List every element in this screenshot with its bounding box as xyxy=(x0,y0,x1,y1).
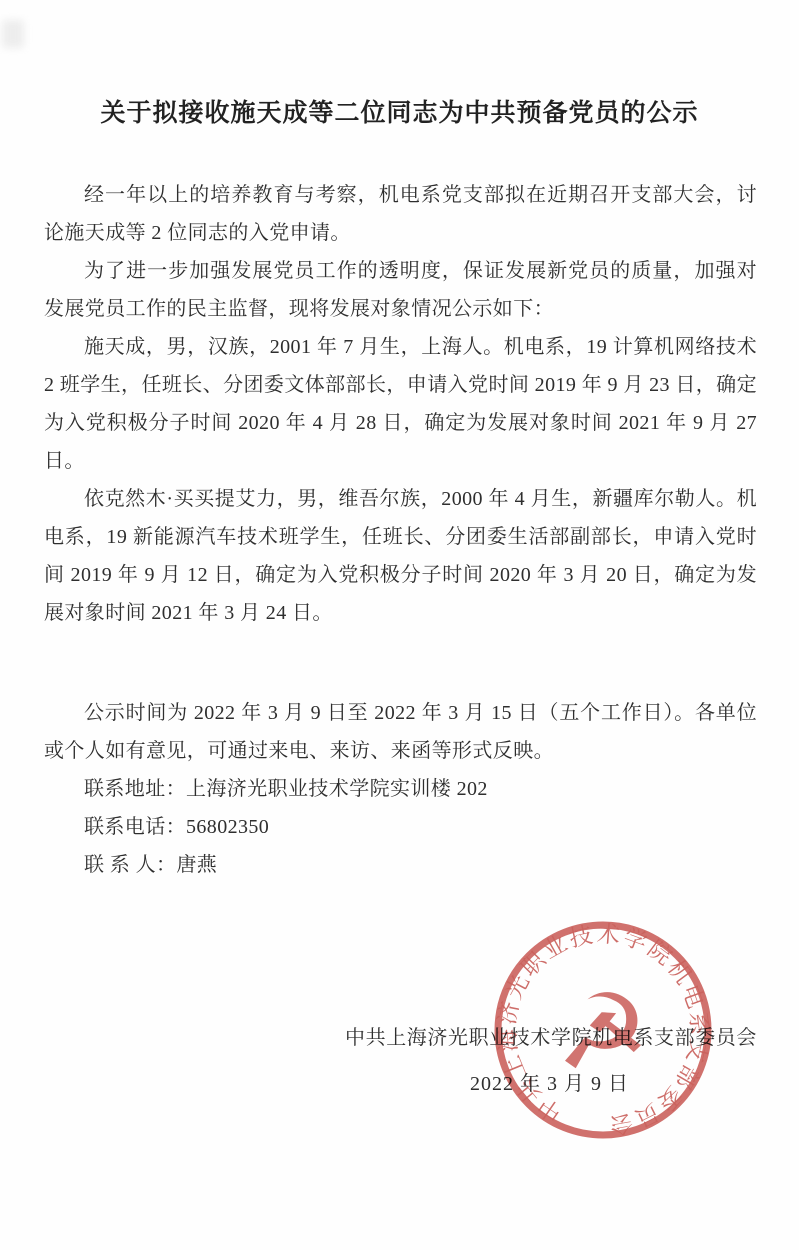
paragraph-purpose: 为了进一步加强发展党员工作的透明度，保证发展新党员的质量，加强对发展党员工作的民… xyxy=(44,252,757,328)
paragraph-candidate-1: 施天成，男，汉族，2001 年 7 月生，上海人。机电系，19 计算机网络技术 … xyxy=(44,328,757,480)
paragraph-intro: 经一年以上的培养教育与考察，机电系党支部拟在近期召开支部大会，讨论施天成等 2 … xyxy=(44,176,757,252)
signature-date: 2022 年 3 月 9 日 xyxy=(44,1065,757,1103)
signature-committee: 中共上海济光职业技术学院机电系支部委员会 xyxy=(44,1019,757,1057)
document-body: 经一年以上的培养教育与考察，机电系党支部拟在近期召开支部大会，讨论施天成等 2 … xyxy=(44,176,757,884)
contact-phone: 联系电话：56802350 xyxy=(44,808,757,846)
contact-address: 联系地址：上海济光职业技术学院实训楼 202 xyxy=(44,770,757,808)
scanned-document-page: 关于拟接收施天成等二位同志为中共预备党员的公示 经一年以上的培养教育与考察，机电… xyxy=(0,0,799,1250)
document-title: 关于拟接收施天成等二位同志为中共预备党员的公示 xyxy=(50,96,749,132)
paragraph-notice-period: 公示时间为 2022 年 3 月 9 日至 2022 年 3 月 15 日（五个… xyxy=(44,694,757,770)
contact-person: 联 系 人：唐燕 xyxy=(44,846,757,884)
scan-artifact xyxy=(2,20,24,48)
paragraph-candidate-2: 依克然木·买买提艾力，男，维吾尔族，2000 年 4 月生，新疆库尔勒人。机电系… xyxy=(44,480,757,632)
